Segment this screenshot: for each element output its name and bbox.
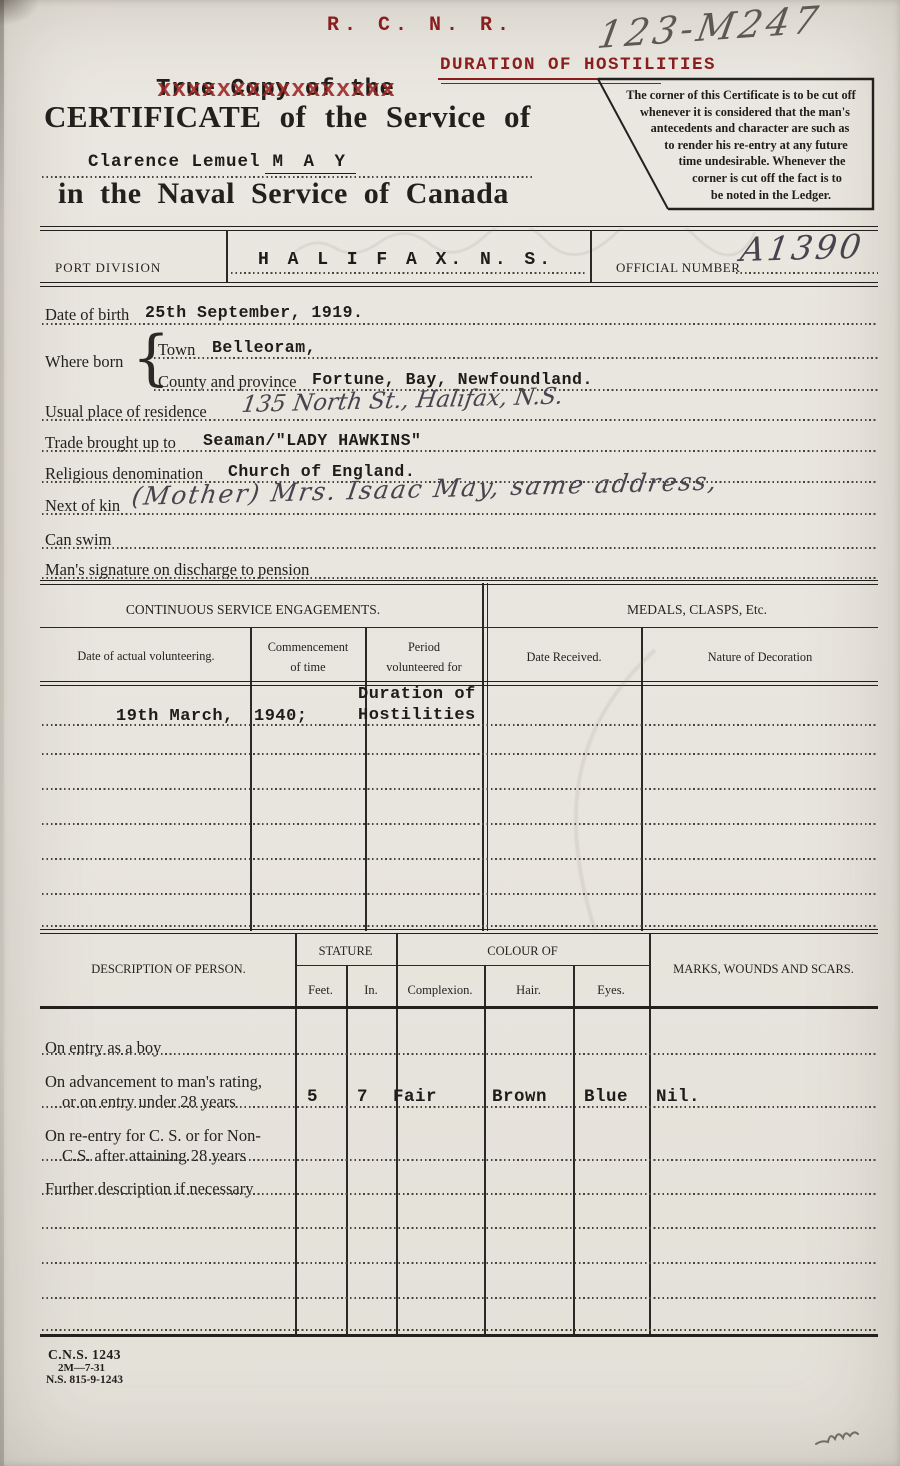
row-label-reentry-2: C.S. after attaining 28 years <box>62 1146 246 1166</box>
divider <box>295 965 396 966</box>
corner-notice-line: time undesirable. Whenever the <box>654 153 870 170</box>
row-label-advancement-2: or on entry under 28 years <box>62 1092 236 1112</box>
service-table-right-title: MEDALS, CLASPS, Etc. <box>557 602 837 618</box>
service-table-left-title: CONTINUOUS SERVICE ENGAGEMENTS. <box>98 602 408 618</box>
where-born-label: Where born <box>45 352 123 372</box>
town-value: Belleoram, <box>212 338 316 357</box>
group-header-stature: STATURE <box>295 944 396 959</box>
hostilities-stamp: DURATION OF HOSTILITIES <box>440 55 716 75</box>
value-feet: 5 <box>307 1087 318 1107</box>
name-line: Clarence Lemuel M A Y <box>88 152 356 172</box>
file-number-handwritten: 123-M247 <box>594 0 825 57</box>
divider <box>226 230 228 282</box>
dotted-line <box>154 357 878 359</box>
dotted-line <box>42 1106 878 1108</box>
form-number: C.N.S. 1243 <box>48 1347 121 1363</box>
bleedthrough-mark <box>430 640 690 940</box>
divider <box>484 966 486 1335</box>
value-inches: 7 <box>357 1087 368 1107</box>
col-header-inches: In. <box>346 983 396 998</box>
stock-number: N.S. 815-9-1243 <box>46 1374 123 1386</box>
official-number-label: OFFICIAL NUMBER <box>616 260 740 276</box>
divider <box>40 1334 878 1337</box>
corner-notice-line: corner is cut off the fact is to <box>664 170 870 187</box>
certificate-document: R. C. N. R. 123-M247 DURATION OF HOSTILI… <box>0 0 900 1466</box>
value-complexion: Fair <box>393 1087 437 1107</box>
name-surname: M A Y <box>265 152 357 174</box>
pencil-squiggle <box>808 1418 878 1458</box>
col-header-feet: Feet. <box>295 983 346 998</box>
col-header-description-of-person: DESCRIPTION OF PERSON. <box>42 962 295 977</box>
divider <box>346 966 348 1335</box>
corner-notice-line: antecedents and character are such as <box>630 120 870 137</box>
row-label-reentry-1: On re-entry for C. S. or for Non- <box>45 1126 261 1146</box>
dotted-line <box>736 272 878 274</box>
value-marks: Nil. <box>656 1087 700 1107</box>
divider <box>396 965 649 966</box>
name-given: Clarence Lemuel <box>88 152 261 172</box>
corps-designation: R. C. N. R. <box>327 14 514 37</box>
official-number-value: A1390 <box>738 227 867 269</box>
trade-value: Seaman/"LADY HAWKINS" <box>203 431 421 450</box>
group-header-colour-of: COLOUR OF <box>396 944 649 959</box>
dotted-line <box>42 419 878 421</box>
divider <box>40 929 878 934</box>
corner-notice-text: The corner of this Certificate is to be … <box>612 87 870 203</box>
date-of-birth-label: Date of birth <box>45 305 129 325</box>
value-eyes: Blue <box>584 1087 628 1107</box>
scan-edge <box>0 0 4 1466</box>
dotted-line <box>231 272 586 274</box>
dotted-line <box>42 1053 878 1055</box>
col-header-complexion: Complexion. <box>396 983 484 998</box>
dotted-line <box>42 577 878 579</box>
divider <box>649 934 651 1335</box>
divider <box>40 1006 878 1009</box>
row-label-entry-as-boy: On entry as a boy <box>45 1038 161 1058</box>
value-hair: Brown <box>492 1087 547 1107</box>
dotted-line <box>42 1227 878 1229</box>
date-of-birth-value: 25th September, 1919. <box>145 303 363 322</box>
col-header-eyes: Eyes. <box>573 983 649 998</box>
port-division-value: H A L I F A X. N. S. <box>258 250 554 270</box>
print-run-code: 2M—7-31 <box>58 1362 105 1374</box>
col-header-marks: MARKS, WOUNDS AND SCARS. <box>649 962 878 977</box>
dotted-line <box>42 1159 878 1161</box>
dotted-line <box>42 1262 878 1264</box>
dotted-line <box>42 1329 878 1331</box>
row-label-advancement-1: On advancement to man's rating, <box>45 1072 262 1092</box>
col-header-commencement: Commencement <box>252 640 364 655</box>
dotted-line <box>42 450 878 452</box>
divider <box>40 627 878 628</box>
corner-notice-line: The corner of this Certificate is to be … <box>612 87 870 104</box>
dotted-line <box>42 547 878 549</box>
col-header-volunteering: Date of actual volunteering. <box>42 649 250 664</box>
col-header-commencement-2: of time <box>252 660 364 675</box>
col-header-hair: Hair. <box>484 983 573 998</box>
subtitle-naval-service: in the Naval Service of Canada <box>58 177 509 211</box>
port-division-label: PORT DIVISION <box>55 260 161 276</box>
corner-notice-line: to render his re-entry at any future <box>642 137 870 154</box>
row-label-further-description: Further description if necessary <box>45 1179 253 1199</box>
divider <box>573 966 575 1335</box>
next-of-kin-value-handwritten: (Mother) Mrs. Isaac May, same address, <box>130 467 721 511</box>
corner-notice-line: be noted in the Ledger. <box>672 187 870 204</box>
dotted-line <box>42 513 878 515</box>
certificate-title: CERTIFICATE of the Service of <box>44 99 531 135</box>
divider <box>590 230 592 282</box>
dotted-line <box>42 1193 878 1195</box>
divider <box>40 282 878 287</box>
scan-corner-shadow <box>0 0 40 26</box>
corner-notice-line: whenever it is considered that the man's <box>620 104 870 121</box>
divider <box>40 580 878 585</box>
dotted-line <box>42 1297 878 1299</box>
